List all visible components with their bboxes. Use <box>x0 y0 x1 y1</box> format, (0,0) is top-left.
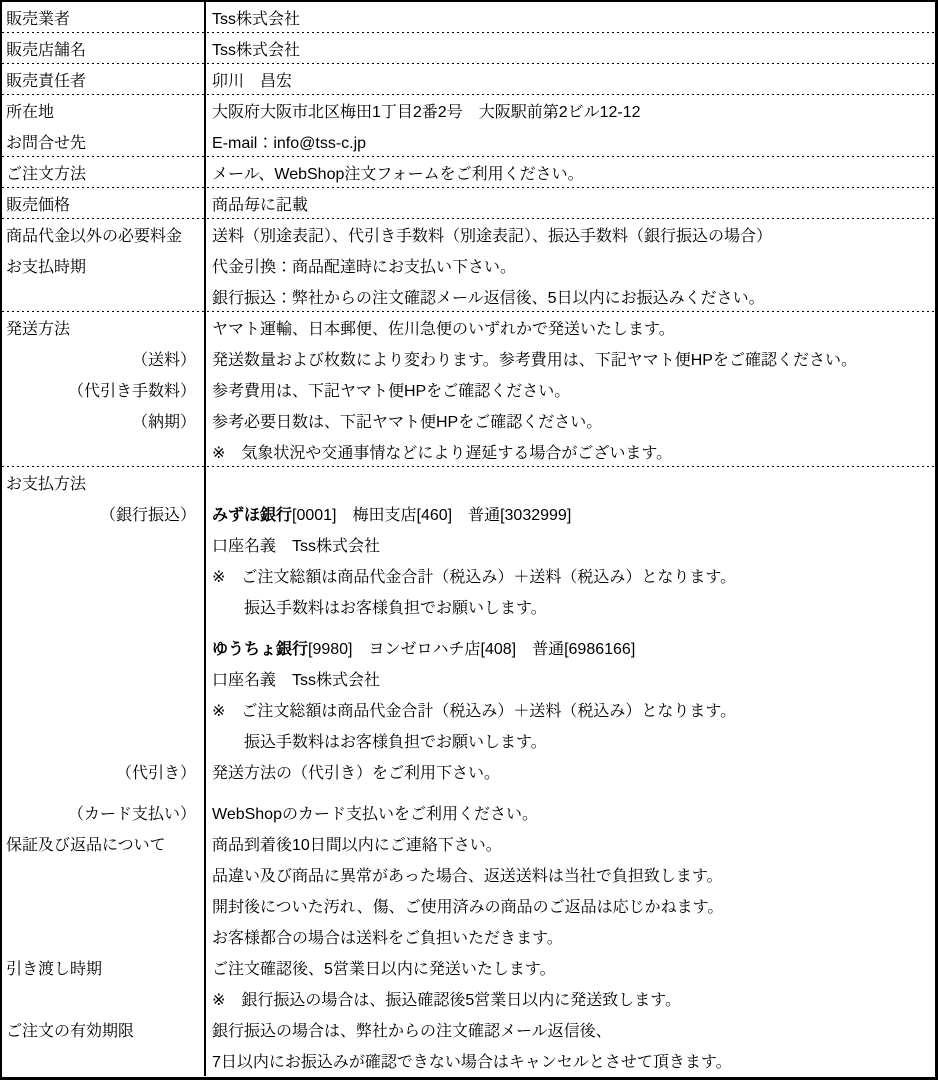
value-text: 送料（別途表記）、代引き手数料（別途表記）、振込手数料（銀行振込の場合） <box>212 223 772 246</box>
value-cell: E-mail：info@tss-c.jp <box>206 126 935 157</box>
table-row-payment-method: お支払方法（銀行振込）みずほ銀行[0001] 梅田支店[460] 普通[3032… <box>2 467 935 828</box>
value-text: 発送方法の（代引き）をご利用下さい。 <box>212 760 500 783</box>
spacer-line <box>2 622 935 632</box>
table-line: （カード支払い）WebShopのカード支払いをご利用ください。 <box>2 797 935 828</box>
value-text: ※ ご注文総額は商品代金合計（税込み）＋送料（税込み）となります。 <box>212 564 736 587</box>
table-line: （送料）発送数量および枚数により変わります。参考費用は、下記ヤマト便HPをご確認… <box>2 343 935 374</box>
value-cell: 送料（別途表記）、代引き手数料（別途表記）、振込手数料（銀行振込の場合） <box>206 219 935 250</box>
table-line: 開封後についた汚れ、傷、ご使用済みの商品のご返品は応じかねます。 <box>2 890 935 921</box>
table-row-shipping-method: 発送方法ヤマト運輸、日本郵便、佐川急便のいずれかで発送いたします。（送料）発送数… <box>2 312 935 467</box>
table-line: ※ ご注文総額は商品代金合計（税込み）＋送料（税込み）となります。 <box>2 694 935 725</box>
table-line: ※ ご注文総額は商品代金合計（税込み）＋送料（税込み）となります。 <box>2 560 935 591</box>
label-cell <box>2 983 206 1014</box>
value-text: Tss株式会社 <box>212 37 300 60</box>
table-line: 口座名義 Tss株式会社 <box>2 529 935 560</box>
table-line: ゆうちょ銀行[9980] ヨンゼロハチ店[408] 普通[6986166] <box>2 632 935 663</box>
label-cell: お支払方法 <box>2 467 206 498</box>
value-text: ヤマト運輸、日本郵便、佐川急便のいずれかで発送いたします。 <box>212 316 675 339</box>
value-cell: 代金引換：商品配達時にお支払い下さい。 <box>206 250 935 281</box>
value-cell: 商品毎に記載 <box>206 188 935 219</box>
table-line: ※ 気象状況や交通事情などにより遅延する場合がございます。 <box>2 436 935 467</box>
value-cell: お客様都合の場合は送料をご負担いただきます。 <box>206 921 935 952</box>
label-cell: （納期） <box>2 405 206 436</box>
value-cell: Tss株式会社 <box>206 33 935 64</box>
table-line: お問合せ先E-mail：info@tss-c.jp <box>2 126 935 157</box>
table-line: ご注文の有効期限銀行振込の場合は、弊社からの注文確認メール返信後、 <box>2 1014 935 1045</box>
table-line: 販売店舗名Tss株式会社 <box>2 33 935 64</box>
value-text: 商品毎に記載 <box>212 192 308 215</box>
value-cell <box>206 467 935 498</box>
value-text: 卯川 昌宏 <box>212 68 292 91</box>
label-cell <box>2 787 206 797</box>
value-cell: 振込手数料はお客様負担でお願いします。 <box>206 725 935 756</box>
value-cell: WebShopのカード支払いをご利用ください。 <box>206 797 935 828</box>
value-cell: ※ ご注文総額は商品代金合計（税込み）＋送料（税込み）となります。 <box>206 560 935 591</box>
value-cell: 振込手数料はお客様負担でお願いします。 <box>206 591 935 622</box>
value-text: 振込手数料はお客様負担でお願いします。 <box>212 729 547 752</box>
value-text: ※ 銀行振込の場合は、振込確認後5営業日以内に発送致します。 <box>212 987 681 1010</box>
label-cell: ご注文の有効期限 <box>2 1014 206 1045</box>
label-cell <box>2 436 206 467</box>
table-line: （代引き）発送方法の（代引き）をご利用下さい。 <box>2 756 935 787</box>
table-line: ※ 銀行振込の場合は、振込確認後5営業日以内に発送致します。 <box>2 983 935 1014</box>
value-text: 口座名義 Tss株式会社 <box>212 533 380 556</box>
table-line: 振込手数料はお客様負担でお願いします。 <box>2 591 935 622</box>
value-text: 商品到着後10日間以内にご連絡下さい。 <box>212 832 502 855</box>
value-text: 振込手数料はお客様負担でお願いします。 <box>212 595 547 618</box>
table-line: 販売業者Tss株式会社 <box>2 2 935 33</box>
label-cell <box>2 921 206 952</box>
table-row-order-validity: ご注文の有効期限銀行振込の場合は、弊社からの注文確認メール返信後、7日以内にお振… <box>2 1014 935 1076</box>
table-line: （代引き手数料）参考費用は、下記ヤマト便HPをご確認ください。 <box>2 374 935 405</box>
label-cell: （送料） <box>2 343 206 374</box>
bank-name-text: みずほ銀行 <box>212 502 292 525</box>
label-cell <box>2 890 206 921</box>
table-line: （銀行振込）みずほ銀行[0001] 梅田支店[460] 普通[3032999] <box>2 498 935 529</box>
label-cell: 発送方法 <box>2 312 206 343</box>
table-line: 商品代金以外の必要料金送料（別途表記）、代引き手数料（別途表記）、振込手数料（銀… <box>2 219 935 250</box>
table-line: 発送方法ヤマト運輸、日本郵便、佐川急便のいずれかで発送いたします。 <box>2 312 935 343</box>
label-cell: 販売価格 <box>2 188 206 219</box>
value-cell: ※ ご注文総額は商品代金合計（税込み）＋送料（税込み）となります。 <box>206 694 935 725</box>
table-line: 保証及び返品について商品到着後10日間以内にご連絡下さい。 <box>2 828 935 859</box>
value-cell: ※ 銀行振込の場合は、振込確認後5営業日以内に発送致します。 <box>206 983 935 1014</box>
table-line: 口座名義 Tss株式会社 <box>2 663 935 694</box>
value-cell: 参考費用は、下記ヤマト便HPをご確認ください。 <box>206 374 935 405</box>
value-cell: 7日以内にお振込みが確認できない場合はキャンセルとさせて頂きます。 <box>206 1045 935 1076</box>
table-line: 引き渡し時期ご注文確認後、5営業日以内に発送いたします。 <box>2 952 935 983</box>
sales-terms-table: 販売業者Tss株式会社販売店舗名Tss株式会社販売責任者卯川 昌宏所在地大阪府大… <box>0 0 938 1080</box>
table-row-sales-manager: 販売責任者卯川 昌宏 <box>2 64 935 95</box>
value-text: [0001] 梅田支店[460] 普通[3032999] <box>292 502 571 525</box>
label-cell <box>2 591 206 622</box>
table-line: ご注文方法メール、WebShop注文フォームをご利用ください。 <box>2 157 935 188</box>
label-cell <box>2 725 206 756</box>
value-text: メール、WebShop注文フォームをご利用ください。 <box>212 161 584 184</box>
value-text: ※ ご注文総額は商品代金合計（税込み）＋送料（税込み）となります。 <box>212 698 736 721</box>
label-cell: 保証及び返品について <box>2 828 206 859</box>
label-cell: 引き渡し時期 <box>2 952 206 983</box>
value-cell: ご注文確認後、5営業日以内に発送いたします。 <box>206 952 935 983</box>
value-cell <box>206 787 935 797</box>
table-line: 品違い及び商品に異常があった場合、返送送料は当社で負担致します。 <box>2 859 935 890</box>
label-cell <box>2 281 206 312</box>
table-line: 銀行振込：弊社からの注文確認メール返信後、5日以内にお振込みください。 <box>2 281 935 312</box>
table-row-warranty-returns: 保証及び返品について商品到着後10日間以内にご連絡下さい。品違い及び商品に異常が… <box>2 828 935 952</box>
label-cell: （銀行振込） <box>2 498 206 529</box>
value-cell: 大阪府大阪市北区梅田1丁目2番2号 大阪駅前第2ビル12-12 <box>206 95 935 126</box>
value-text: [9980] ヨンゼロハチ店[408] 普通[6986166] <box>308 636 635 659</box>
label-cell <box>2 694 206 725</box>
table-line: 販売責任者卯川 昌宏 <box>2 64 935 95</box>
value-cell: 卯川 昌宏 <box>206 64 935 95</box>
label-cell <box>2 1045 206 1076</box>
value-cell: 銀行振込の場合は、弊社からの注文確認メール返信後、 <box>206 1014 935 1045</box>
label-cell <box>2 632 206 663</box>
value-text: 大阪府大阪市北区梅田1丁目2番2号 大阪駅前第2ビル12-12 <box>212 99 641 122</box>
value-cell: 商品到着後10日間以内にご連絡下さい。 <box>206 828 935 859</box>
value-cell: ヤマト運輸、日本郵便、佐川急便のいずれかで発送いたします。 <box>206 312 935 343</box>
value-cell <box>206 622 935 632</box>
table-row-address-contact: 所在地大阪府大阪市北区梅田1丁目2番2号 大阪駅前第2ビル12-12お問合せ先E… <box>2 95 935 157</box>
value-text: 代金引換：商品配達時にお支払い下さい。 <box>212 254 516 277</box>
value-cell: Tss株式会社 <box>206 2 935 33</box>
table-row-seller: 販売業者Tss株式会社 <box>2 2 935 33</box>
label-cell: ご注文方法 <box>2 157 206 188</box>
table-line: 振込手数料はお客様負担でお願いします。 <box>2 725 935 756</box>
table-row-shop-name: 販売店舗名Tss株式会社 <box>2 33 935 64</box>
value-text: ご注文確認後、5営業日以内に発送いたします。 <box>212 956 556 979</box>
table-row-price: 販売価格商品毎に記載 <box>2 188 935 219</box>
value-text: ※ 気象状況や交通事情などにより遅延する場合がございます。 <box>212 440 672 463</box>
value-cell: 発送数量および枚数により変わります。参考費用は、下記ヤマト便HPをご確認ください… <box>206 343 935 374</box>
value-cell: ゆうちょ銀行[9980] ヨンゼロハチ店[408] 普通[6986166] <box>206 632 935 663</box>
table-line: （納期）参考必要日数は、下記ヤマト便HPをご確認ください。 <box>2 405 935 436</box>
value-cell: 口座名義 Tss株式会社 <box>206 663 935 694</box>
table-line: 所在地大阪府大阪市北区梅田1丁目2番2号 大阪駅前第2ビル12-12 <box>2 95 935 126</box>
value-cell: 口座名義 Tss株式会社 <box>206 529 935 560</box>
value-text: WebShopのカード支払いをご利用ください。 <box>212 801 538 824</box>
value-text: 開封後についた汚れ、傷、ご使用済みの商品のご返品は応じかねます。 <box>212 894 723 917</box>
label-cell: お支払時期 <box>2 250 206 281</box>
label-cell: お問合せ先 <box>2 126 206 157</box>
table-line: 7日以内にお振込みが確認できない場合はキャンセルとさせて頂きます。 <box>2 1045 935 1076</box>
label-cell <box>2 560 206 591</box>
value-cell: 銀行振込：弊社からの注文確認メール返信後、5日以内にお振込みください。 <box>206 281 935 312</box>
label-cell: （代引き） <box>2 756 206 787</box>
value-cell: メール、WebShop注文フォームをご利用ください。 <box>206 157 935 188</box>
table-line: お支払方法 <box>2 467 935 498</box>
value-text: 発送数量および枚数により変わります。参考費用は、下記ヤマト便HPをご確認ください… <box>212 347 857 370</box>
table-line: 販売価格商品毎に記載 <box>2 188 935 219</box>
label-cell: 所在地 <box>2 95 206 126</box>
label-cell: 商品代金以外の必要料金 <box>2 219 206 250</box>
value-text: 7日以内にお振込みが確認できない場合はキャンセルとさせて頂きます。 <box>212 1049 732 1072</box>
label-cell: 販売業者 <box>2 2 206 33</box>
table-row-extra-fees-payment-timing: 商品代金以外の必要料金送料（別途表記）、代引き手数料（別途表記）、振込手数料（銀… <box>2 219 935 312</box>
value-text: E-mail：info@tss-c.jp <box>212 130 366 153</box>
value-text: 口座名義 Tss株式会社 <box>212 667 380 690</box>
label-cell <box>2 859 206 890</box>
value-cell: ※ 気象状況や交通事情などにより遅延する場合がございます。 <box>206 436 935 467</box>
value-cell: みずほ銀行[0001] 梅田支店[460] 普通[3032999] <box>206 498 935 529</box>
label-cell <box>2 663 206 694</box>
table-line: お客様都合の場合は送料をご負担いただきます。 <box>2 921 935 952</box>
table-row-order-method: ご注文方法メール、WebShop注文フォームをご利用ください。 <box>2 157 935 188</box>
label-cell: 販売店舗名 <box>2 33 206 64</box>
value-text: 品違い及び商品に異常があった場合、返送送料は当社で負担致します。 <box>212 863 723 886</box>
label-cell: （カード支払い） <box>2 797 206 828</box>
value-text: 銀行振込：弊社からの注文確認メール返信後、5日以内にお振込みください。 <box>212 285 765 308</box>
table-row-delivery-time: 引き渡し時期ご注文確認後、5営業日以内に発送いたします。※ 銀行振込の場合は、振… <box>2 952 935 1014</box>
value-cell: 開封後についた汚れ、傷、ご使用済みの商品のご返品は応じかねます。 <box>206 890 935 921</box>
label-cell <box>2 529 206 560</box>
value-cell: 参考必要日数は、下記ヤマト便HPをご確認ください。 <box>206 405 935 436</box>
label-cell: 販売責任者 <box>2 64 206 95</box>
value-cell: 発送方法の（代引き）をご利用下さい。 <box>206 756 935 787</box>
value-text: お客様都合の場合は送料をご負担いただきます。 <box>212 925 563 948</box>
value-text: 銀行振込の場合は、弊社からの注文確認メール返信後、 <box>212 1018 612 1041</box>
label-cell <box>2 622 206 632</box>
value-text: 参考必要日数は、下記ヤマト便HPをご確認ください。 <box>212 409 602 432</box>
value-cell: 品違い及び商品に異常があった場合、返送送料は当社で負担致します。 <box>206 859 935 890</box>
spacer-line <box>2 787 935 797</box>
label-cell: （代引き手数料） <box>2 374 206 405</box>
value-text: 参考費用は、下記ヤマト便HPをご確認ください。 <box>212 378 570 401</box>
table-line: お支払時期代金引換：商品配達時にお支払い下さい。 <box>2 250 935 281</box>
value-text: Tss株式会社 <box>212 6 300 29</box>
bank-name-text: ゆうちょ銀行 <box>212 636 308 659</box>
